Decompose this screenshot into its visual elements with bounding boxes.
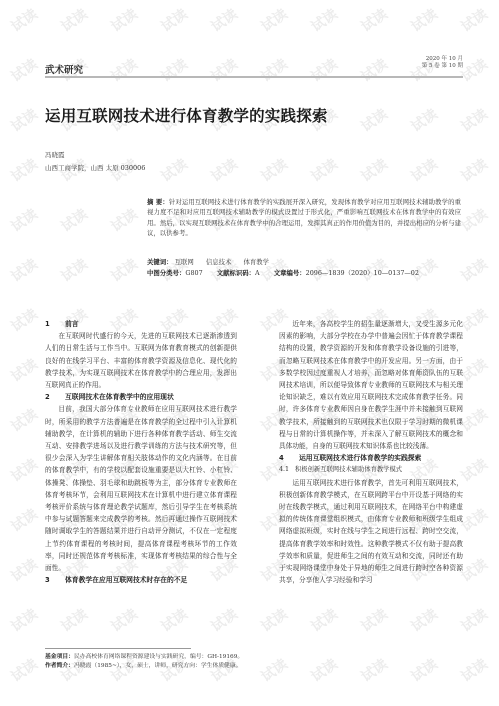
issue-volume: 第 5 卷 第 10 期 bbox=[422, 63, 463, 70]
abstract: 摘 要：针对运用互联网技术进行体育教学的实践展开深入研究，发现体育教学对应用互联… bbox=[147, 197, 461, 239]
author-bio-label: 作者简介： bbox=[45, 663, 74, 669]
issue-date: 2020 年 10 月 bbox=[422, 56, 463, 63]
author-bio-text: 冯晓霞（1985~），女，硕士，讲师，研究方向：学生体质健康。 bbox=[74, 663, 241, 669]
doc-code-label: 文献标识码： bbox=[217, 269, 255, 277]
abstract-text: 针对运用互联网技术进行体育教学的实践展开深入研究，发现体育教学对应用互联网技术辅… bbox=[147, 198, 461, 237]
paragraph: 运用互联网技术进行体育教学，首先可利用互联网技术，积极创新体育教学模式，在互联网… bbox=[279, 477, 463, 587]
article-no-value: 2096—1839（2020）10—0137—02 bbox=[306, 269, 419, 277]
journal-name: 武术研究 bbox=[45, 62, 83, 76]
author-affiliation: 山西工商学院，山西 太原 030006 bbox=[45, 163, 145, 172]
footnote-fund: 基金项目：民办高校体育网络课程资源建设与实践研究，编号：GH-19169。 bbox=[45, 651, 243, 660]
section-heading-3: 3体育教学在应用互联网技术时存在的不足 bbox=[45, 574, 237, 586]
header-rule bbox=[45, 76, 463, 78]
article-title: 运用互联网技术进行体育教学的实践探索 bbox=[45, 104, 328, 126]
paragraph: 目前，我国大部分体育专业教师在应用互联网技术进行教学时，所采用的教学方法普遍是在… bbox=[45, 403, 237, 574]
journal-page: 武术研究 2020 年 10 月 第 5 卷 第 10 期 运用互联网技术进行体… bbox=[0, 0, 499, 706]
running-head: 武术研究 2020 年 10 月 第 5 卷 第 10 期 bbox=[45, 62, 463, 76]
clc-label: 中图分类号： bbox=[147, 269, 185, 277]
doc-code-value: A bbox=[255, 269, 260, 277]
author-name: 冯晓霞 bbox=[45, 150, 65, 159]
body-column-left: 1前言 在互联网时代盛行的今天，先进的互联网技术已逐渐渗透到人们的日常生活与工作… bbox=[45, 318, 237, 586]
abstract-label: 摘 要： bbox=[147, 198, 169, 206]
classification-line: 中图分类号：G807 文献标识码：A 文章编号：2096—1839（2020）1… bbox=[147, 268, 419, 277]
footnote-rule bbox=[45, 648, 191, 649]
keyword: 体育教学 bbox=[243, 258, 269, 266]
section-heading-1: 1前言 bbox=[45, 318, 237, 330]
keywords-label: 关键词： bbox=[147, 258, 173, 266]
subsection-heading-4-1: 4.1积极创新互联网技术辅助体育教学模式 bbox=[279, 464, 463, 476]
keyword: 互联网 bbox=[175, 258, 194, 266]
keyword: 信息技术 bbox=[206, 258, 232, 266]
section-heading-4: 4运用互联网技术进行体育教学的实践探索 bbox=[279, 452, 463, 464]
article-no-label: 文章编号： bbox=[274, 269, 306, 277]
clc-value: G807 bbox=[185, 269, 202, 277]
body-column-right: 近年来，各高校学生的招生量逐渐增大，又受生源多元化因素的影响，大部分学校在办学中… bbox=[279, 318, 463, 586]
footnote-author: 作者简介：冯晓霞（1985~），女，硕士，讲师，研究方向：学生体质健康。 bbox=[45, 660, 241, 669]
issue-info: 2020 年 10 月 第 5 卷 第 10 期 bbox=[422, 56, 463, 70]
keywords: 关键词： 互联网 信息技术 体育教学 bbox=[147, 257, 279, 266]
paragraph: 在互联网时代盛行的今天，先进的互联网技术已逐渐渗透到人们的日常生活与工作当中。互… bbox=[45, 330, 237, 391]
section-heading-2: 2互联网技术在体育教学中的应用现状 bbox=[45, 391, 237, 403]
paragraph: 近年来，各高校学生的招生量逐渐增大，又受生源多元化因素的影响，大部分学校在办学中… bbox=[279, 318, 463, 452]
